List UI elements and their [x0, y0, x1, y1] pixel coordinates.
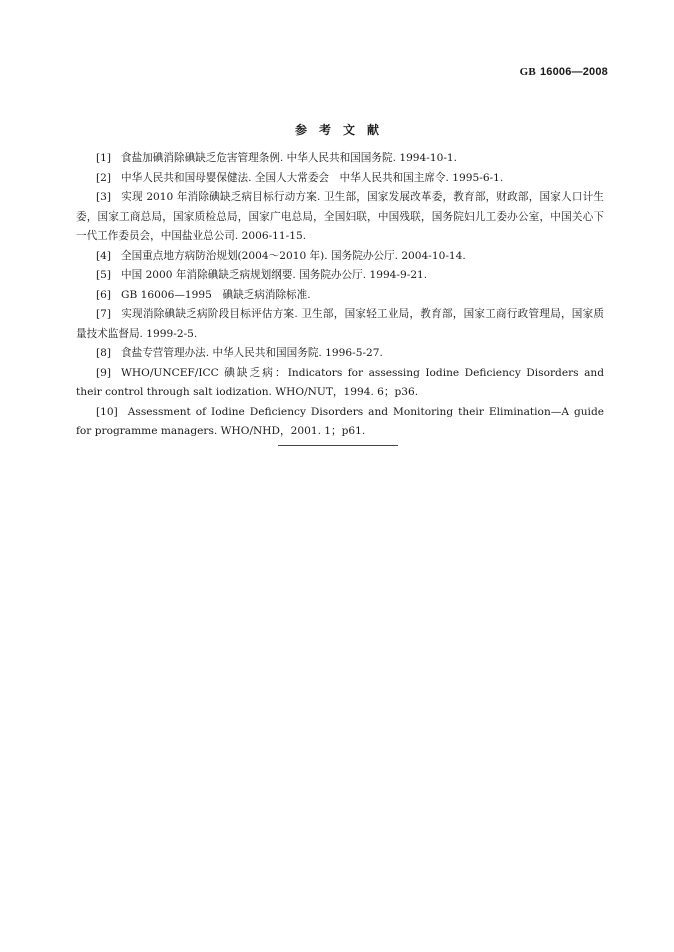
reference-text: 中华人民共和国母婴保健法. 全国人大常委会 中华人民共和国主席令. 1995-6…	[121, 172, 503, 184]
reference-number: [9]	[96, 367, 111, 379]
reference-text: Assessment of Iodine Deficiency Disorder…	[76, 406, 604, 438]
reference-item: [1]食盐加碘消除碘缺乏危害管理条例. 中华人民共和国国务院. 1994-10-…	[76, 149, 604, 169]
standard-prefix: GB	[520, 66, 536, 78]
standard-number: GB16006—2008	[520, 66, 608, 78]
reference-text: 食盐专营管理办法. 中华人民共和国国务院. 1996-5-27.	[121, 347, 383, 359]
reference-text: GB 16006—1995 碘缺乏病消除标准.	[121, 289, 311, 301]
reference-number: [7]	[96, 308, 111, 320]
reference-text: 全国重点地方病防治规划(2004～2010 年). 国务院办公厅. 2004-1…	[121, 250, 466, 262]
section-title: 参考文献	[0, 121, 674, 138]
reference-item: [7]实现消除碘缺乏病阶段目标评估方案. 卫生部，国家轻工业局，教育部，国家工商…	[76, 305, 604, 344]
reference-number: [8]	[96, 347, 111, 359]
reference-number: [10]	[96, 406, 118, 418]
reference-item: [4]全国重点地方病防治规划(2004～2010 年). 国务院办公厅. 200…	[76, 247, 604, 267]
standard-code: 16006—2008	[540, 66, 608, 78]
reference-item: [10]Assessment of Iodine Deficiency Diso…	[76, 403, 604, 442]
reference-text: 中国 2000 年消除碘缺乏病规划纲要. 国务院办公厅. 1994-9-21.	[121, 269, 427, 281]
reference-number: [3]	[96, 191, 111, 203]
reference-number: [5]	[96, 269, 111, 281]
reference-number: [6]	[96, 289, 111, 301]
end-rule-divider	[278, 445, 398, 446]
reference-text: WHO/UNCEF/ICC 碘缺乏病：Indicators for assess…	[76, 367, 604, 399]
reference-item: [8]食盐专营管理办法. 中华人民共和国国务院. 1996-5-27.	[76, 344, 604, 364]
reference-number: [2]	[96, 172, 111, 184]
reference-item: [9]WHO/UNCEF/ICC 碘缺乏病：Indicators for ass…	[76, 364, 604, 403]
reference-text: 实现消除碘缺乏病阶段目标评估方案. 卫生部，国家轻工业局，教育部，国家工商行政管…	[76, 308, 604, 340]
reference-item: [2]中华人民共和国母婴保健法. 全国人大常委会 中华人民共和国主席令. 199…	[76, 169, 604, 189]
reference-number: [1]	[96, 152, 111, 164]
reference-item: [6]GB 16006—1995 碘缺乏病消除标准.	[76, 286, 604, 306]
reference-number: [4]	[96, 250, 111, 262]
reference-item: [3]实现 2010 年消除碘缺乏病目标行动方案. 卫生部，国家发展改革委，教育…	[76, 188, 604, 247]
reference-text: 实现 2010 年消除碘缺乏病目标行动方案. 卫生部，国家发展改革委，教育部，财…	[76, 191, 604, 242]
reference-text: 食盐加碘消除碘缺乏危害管理条例. 中华人民共和国国务院. 1994-10-1.	[121, 152, 457, 164]
reference-item: [5]中国 2000 年消除碘缺乏病规划纲要. 国务院办公厅. 1994-9-2…	[76, 266, 604, 286]
reference-list: [1]食盐加碘消除碘缺乏危害管理条例. 中华人民共和国国务院. 1994-10-…	[76, 149, 604, 442]
